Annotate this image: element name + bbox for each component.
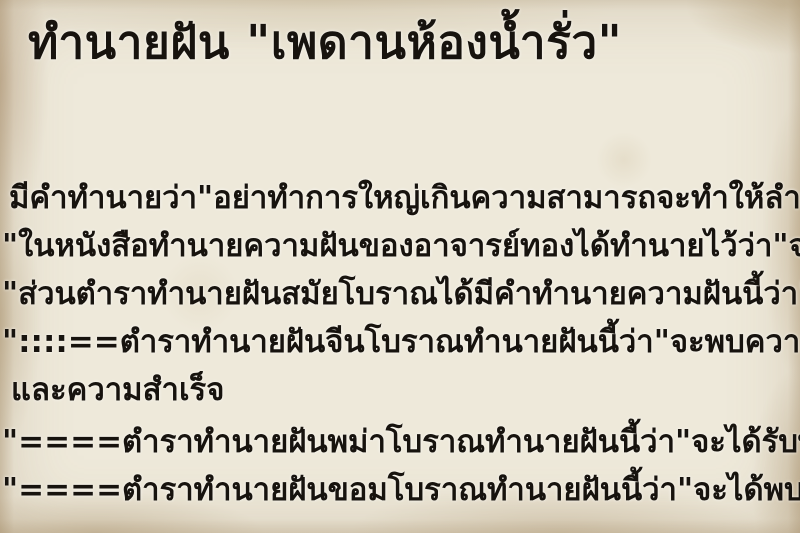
text-line: "ในหนังสือทำนายความฝันของอาจารย์ทองได้ทำ… <box>2 222 800 270</box>
article-body: มีคำทำนายว่า"อย่าทำการใหญ่เกินความสามารถ… <box>2 174 800 514</box>
text-line: มีคำทำนายว่า"อย่าทำการใหญ่เกินความสามารถ… <box>2 174 800 222</box>
text-line: "====ตำราทำนายฝันขอมโบราณทำนายฝันนี้ว่า"… <box>2 466 800 514</box>
text-line: และความสำเร็จ <box>2 366 800 414</box>
text-line: "ส่วนตำราทำนายฝันสมัยโบราณได้มีคำทำนายคว… <box>2 270 800 318</box>
text-line: "====ตำราทำนายฝันพม่าโบราณทำนายฝันนี้ว่า… <box>2 418 800 466</box>
text-line: "::::==ตำราทำนายฝันจีนโบราณทำนายฝันนี้ว่… <box>2 318 800 366</box>
page-title: ทำนายฝัน "เพดานห้องน้ำรั่ว" <box>28 6 622 79</box>
parchment-page: ทำนายฝัน "เพดานห้องน้ำรั่ว" มีคำทำนายว่า… <box>0 0 800 533</box>
